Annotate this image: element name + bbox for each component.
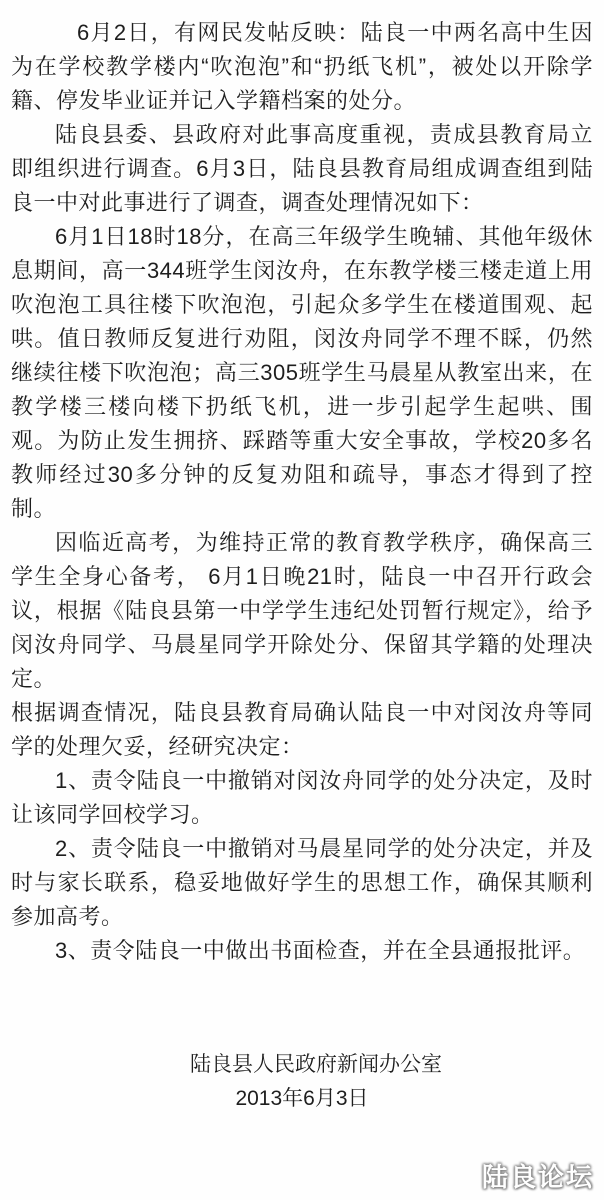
signature-block: 陆良县人民政府新闻办公室 2013年6月3日 (0, 1048, 604, 1116)
notice-body: 6月2日，有网民发帖反映：陆良一中两名高中生因为在学校教学楼内“吹泡泡”和“扔纸… (0, 0, 604, 968)
list-item-2: 2、责令陆良一中撤销对马晨星同学的处分决定，并及时与家长联系，稳妥地做好学生的思… (11, 832, 593, 934)
paragraph-incident: 6月1日18时18分，在高三年级学生晚辅、其他年级休息期间，高一344班学生闵汝… (11, 220, 593, 526)
signature-organization: 陆良县人民政府新闻办公室 (0, 1048, 604, 1082)
signature-date: 2013年6月3日 (0, 1082, 604, 1116)
paragraph-decision: 因临近高考，为维持正常的教育教学秩序，确保高三学生全身心备考， 6月1日晚21时… (11, 526, 593, 696)
paragraph-response: 陆良县委、县政府对此事高度重视，责成县教育局立即组织进行调查。6月3日，陆良县教… (11, 118, 593, 220)
paragraph-intro: 6月2日，有网民发帖反映：陆良一中两名高中生因为在学校教学楼内“吹泡泡”和“扔纸… (11, 16, 593, 118)
list-item-1: 1、责令陆良一中撤销对闵汝舟同学的处分决定，及时让该同学回校学习。 (11, 764, 593, 832)
paragraph-conclusion: 根据调查情况，陆良县教育局确认陆良一中对闵汝舟等同学的处理欠妥，经研究决定： (11, 696, 593, 764)
forum-watermark: 陆良论坛 (482, 1157, 594, 1194)
list-item-3: 3、责令陆良一中做出书面检查，并在全县通报批评。 (11, 934, 593, 968)
document-page: 6月2日，有网民发帖反映：陆良一中两名高中生因为在学校教学楼内“吹泡泡”和“扔纸… (0, 0, 604, 1200)
